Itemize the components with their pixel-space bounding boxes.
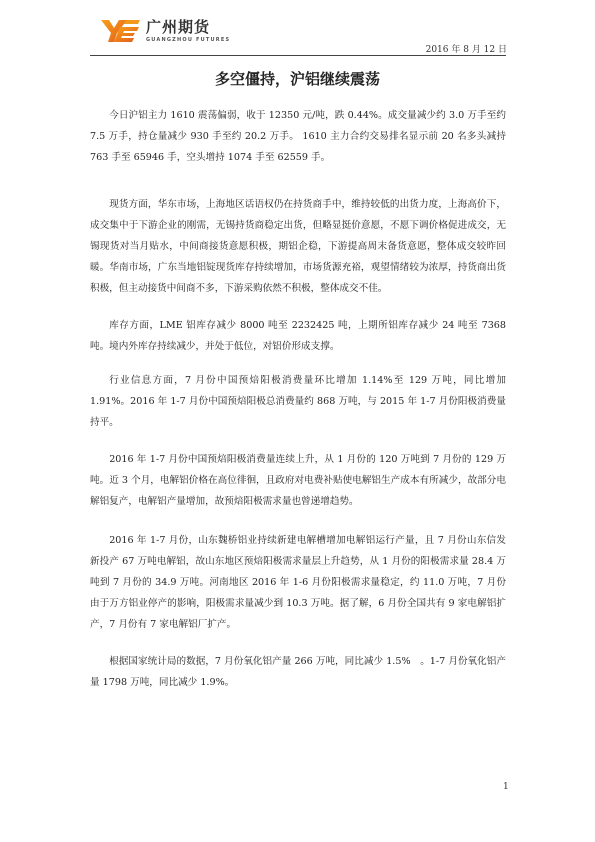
paragraph-inventory: 库存方面，LME 铝库存减少 8000 吨至 2232425 吨，上期所铝库存减…	[90, 315, 506, 357]
document-title: 多空僵持，沪铝继续震荡	[0, 68, 595, 89]
company-logo: 广州期货 GUANGZHOU FUTURES	[100, 18, 230, 44]
page-header: 广州期货 GUANGZHOU FUTURES 2016 年 8 月 12 日	[0, 0, 595, 60]
page-number: 1	[503, 782, 509, 792]
report-date: 2016 年 8 月 12 日	[426, 42, 507, 55]
logo-english-name: GUANGZHOU FUTURES	[146, 37, 230, 43]
logo-ye-icon	[100, 18, 140, 44]
logo-chinese-name: 广州期货	[146, 19, 230, 35]
paragraph-regional-demand: 2016 年 1-7 月份，山东魏桥铝业持续新建电解槽增加电解铝运行产量，且 7…	[90, 530, 506, 635]
paragraph-spot-market: 现货方面，华东市场，上海地区话语权仍在持货商手中，维持较低的出货力度，上海高价下…	[90, 194, 506, 299]
paragraph-industry-info: 行业信息方面，7 月份中国预焙阳极消费量环比增加 1.14%至 129 万吨，同…	[90, 370, 506, 433]
paragraph-alumina-output: 根据国家统计局的数据，7 月份氧化铝产量 266 万吨，同比减少 1.5% 。1…	[90, 651, 506, 693]
document-body: 今日沪铝主力 1610 震荡偏弱，收于 12350 元/吨，跌 0.44%。成交…	[90, 105, 506, 693]
header-divider	[90, 55, 506, 56]
paragraph-market-summary: 今日沪铝主力 1610 震荡偏弱，收于 12350 元/吨，跌 0.44%。成交…	[90, 105, 506, 168]
paragraph-anode-consumption: 2016 年 1-7 月份中国预焙阳极消费量连续上升，从 1 月份的 120 万…	[90, 449, 506, 512]
